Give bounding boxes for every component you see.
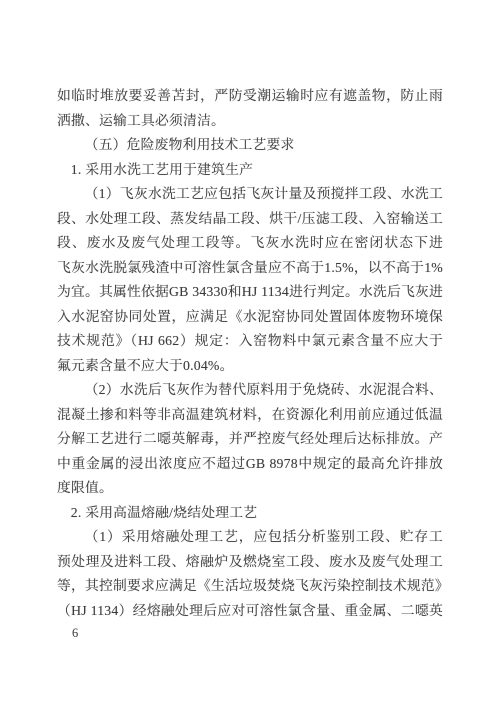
para-1-1-fly-ash-washing-process: （1）飞灰水洗工艺应包括飞灰计量及预搅拌工段、水洗工段、水处理工段、蒸发结晶工段…	[57, 182, 443, 378]
text-line: 度限值。	[57, 476, 443, 501]
text-line: 技术规范》（HJ 662）规定：入窑物料中氯元素含量不应大于0.5%，	[57, 329, 443, 354]
text-line: 洒撒、运输工具必须清洁。	[57, 109, 443, 134]
page-number: 6	[72, 626, 78, 641]
text-line: 入水泥窑协同处置，应满足《水泥窑协同处置固体废物环境保护	[57, 305, 443, 330]
text-line: 段、水处理工段、蒸发结晶工段、烘干/压滤工段、入窑输送工	[57, 207, 443, 232]
document-text-block: 如临时堆放要妥善苫封，严防受潮运输时应有遮盖物，防止雨淋、洒撒、运输工具必须清洁…	[57, 84, 443, 623]
para-storage-transport-requirements: 如临时堆放要妥善苫封，严防受潮运输时应有遮盖物，防止雨淋、洒撒、运输工具必须清洁…	[57, 84, 443, 133]
text-line: （1）飞灰水洗工艺应包括飞灰计量及预搅拌工段、水洗工	[57, 182, 443, 207]
text-line: （1）采用熔融处理工艺，应包括分析鉴别工段、贮存工段、	[57, 525, 443, 550]
text-line: 飞灰水洗脱氯残渣中可溶性氯含量应不高于1.5%，以不高于1%	[57, 256, 443, 281]
text-line: （2）水洗后飞灰作为替代原料用于免烧砖、水泥混合料、	[57, 378, 443, 403]
heading-item-1-water-washing: 1. 采用水洗工艺用于建筑生产	[57, 158, 443, 183]
heading-line: （五）危险废物利用技术工艺要求	[57, 133, 443, 158]
heading-section-5: （五）危险废物利用技术工艺要求	[57, 133, 443, 158]
text-line: 混凝土掺和料等非高温建筑材料，在资源化利用前应通过低温热	[57, 403, 443, 428]
heading-line: 2. 采用高温熔融/烧结处理工艺	[57, 501, 443, 526]
text-line: 如临时堆放要妥善苫封，严防受潮运输时应有遮盖物，防止雨淋、	[57, 84, 443, 109]
text-line: 等，其控制要求应满足《生活垃圾焚烧飞灰污染控制技术规范》	[57, 574, 443, 599]
document-page: 如临时堆放要妥善苫封，严防受潮运输时应有遮盖物，防止雨淋、洒撒、运输工具必须清洁…	[0, 0, 496, 702]
text-line: 段、废水及废气处理工段等。飞灰水洗时应在密闭状态下进行。	[57, 231, 443, 256]
text-line: 氟元素含量不应大于0.04%。	[57, 354, 443, 379]
text-line: 中重金属的浸出浓度应不超过GB 8978中规定的最高允许排放浓	[57, 452, 443, 477]
heading-item-2-melting-sintering: 2. 采用高温熔融/烧结处理工艺	[57, 501, 443, 526]
text-line: 为宜。其属性依据GB 34330和HJ 1134进行判定。水洗后飞灰进	[57, 280, 443, 305]
para-2-1-melting-process: （1）采用熔融处理工艺，应包括分析鉴别工段、贮存工段、预处理及进料工段、熔融炉及…	[57, 525, 443, 623]
text-line: （HJ 1134）经熔融处理后应对可溶性氯含量、重金属、二噁英	[57, 599, 443, 624]
text-line: 预处理及进料工段、熔融炉及燃烧室工段、废水及废气处理工段	[57, 550, 443, 575]
heading-line: 1. 采用水洗工艺用于建筑生产	[57, 158, 443, 183]
text-line: 分解工艺进行二噁英解毒，并严控废气经处理后达标排放。产品	[57, 427, 443, 452]
para-1-2-washed-ash-as-material: （2）水洗后飞灰作为替代原料用于免烧砖、水泥混合料、混凝土掺和料等非高温建筑材料…	[57, 378, 443, 501]
